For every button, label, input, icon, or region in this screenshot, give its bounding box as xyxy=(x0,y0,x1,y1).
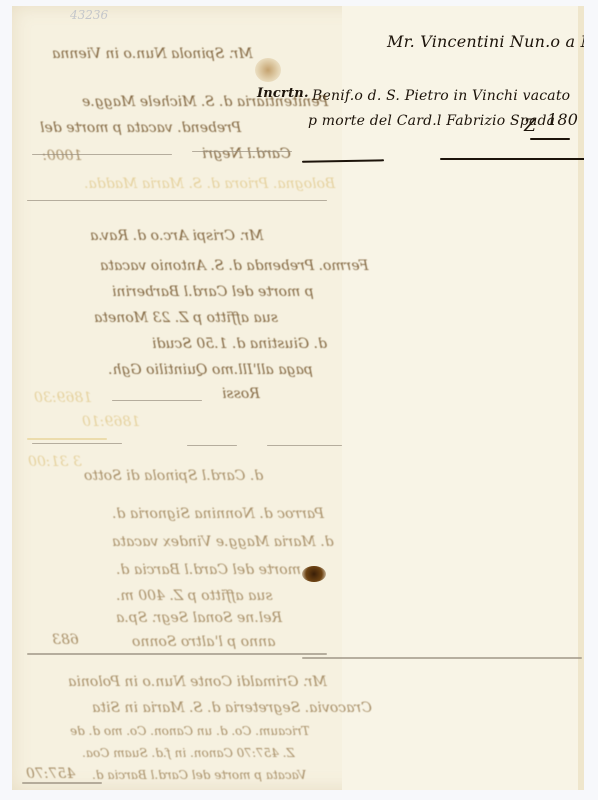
amount-underline xyxy=(530,138,570,140)
bleed-line: d. Card.l Spinola di Sotto xyxy=(84,468,263,484)
bleed-line: d. Maria Magg.e Vindex vacata xyxy=(112,534,334,550)
bleed-line: Bologna. Priora d. S. Maria Madda. xyxy=(84,176,335,192)
bleed-rule xyxy=(32,443,122,444)
bleed-line: sua affitto p Z. 23 Moneta xyxy=(94,310,278,326)
archive-mark: 43236 xyxy=(70,8,108,22)
entry-line-1: Benif.o d. S. Pietro in Vinchi vacato xyxy=(312,88,570,104)
bleed-line: 3 31:00 xyxy=(28,454,82,470)
entry-amount: 180 xyxy=(547,110,578,129)
bleed-line: Mr. Spinola Nun.o in Vienna xyxy=(52,46,253,62)
bleed-line: Fermo. Prebenda d. S. Antonio vacata xyxy=(100,258,369,274)
bleed-line: Cracovia. Segreteria d. S. Maria in Sita xyxy=(92,700,372,716)
bleed-rule xyxy=(187,445,237,446)
bleed-line: Rel.ne Sonal Segr. Sp.a xyxy=(116,610,282,626)
bleed-line: Parroc d. Nonnina Signoria d. xyxy=(112,506,324,522)
bleed-line: Card.l Negri xyxy=(202,146,291,162)
bleed-line: 457:70 xyxy=(26,766,75,782)
manuscript-page: 43236 Mr. Vincentini Nun.o a Napoli Incr… xyxy=(12,6,584,790)
bleed-line: Rossi xyxy=(222,386,260,402)
bleed-line: Prebend. vacata p morte del xyxy=(40,120,241,136)
bleed-rule xyxy=(27,200,327,201)
bleed-rule xyxy=(27,653,327,655)
bleed-line: 1869:30 xyxy=(34,390,92,406)
bleed-line: Vacata p morte del Card.l Barcia d. xyxy=(92,768,306,782)
bleed-rule xyxy=(32,154,172,155)
bleed-rule xyxy=(27,438,107,440)
bleed-line: p morte del Card.l Barberini xyxy=(112,284,314,300)
ink-stain-top xyxy=(255,58,281,82)
ink-blot xyxy=(302,566,326,582)
bleed-rule xyxy=(22,782,102,784)
bleed-line: Z. 457:70 Canon. in f.d. Suam Coa. xyxy=(82,746,295,760)
bleed-rule xyxy=(192,151,292,152)
bleed-line: 683 xyxy=(52,632,79,648)
bleed-line: Mr. Crispi Arc.o d. Rav.a xyxy=(90,228,263,244)
entry-line-2: p morte del Card.l Fabrizio Spada xyxy=(308,113,555,129)
bleed-line: d. Giustina d. 1.50 Scudi xyxy=(152,336,327,352)
bleed-line: 1000: xyxy=(42,148,82,164)
bleed-rule xyxy=(112,400,202,401)
bleed-line: Mr. Grimaldi Conte Nun.o in Polonia xyxy=(68,674,327,690)
bleed-line: sua affitto p Z. 400 m. xyxy=(116,588,273,604)
paper-edge-strip xyxy=(578,6,584,790)
bleed-line: Tricaum. Co. d. un Canon. Co. mo d. de xyxy=(70,724,310,738)
bleed-line: Penitentiaria d. S. Michele Magg.e xyxy=(82,94,328,110)
bleed-line: 1869:10 xyxy=(82,414,140,430)
bleed-line: anno p l'altro Sonno xyxy=(132,634,276,650)
bleed-rule xyxy=(267,445,342,446)
bleed-line: morte del Card.l Barcia d. xyxy=(116,562,301,578)
separator-rule-right xyxy=(440,158,584,160)
currency-symbol: Z xyxy=(524,116,536,136)
bleed-line: paga all'Ill.mo Quintilio Ggh. xyxy=(108,362,313,378)
header-line: Mr. Vincentini Nun.o a Napoli xyxy=(387,32,584,51)
bleed-rule xyxy=(302,657,582,659)
